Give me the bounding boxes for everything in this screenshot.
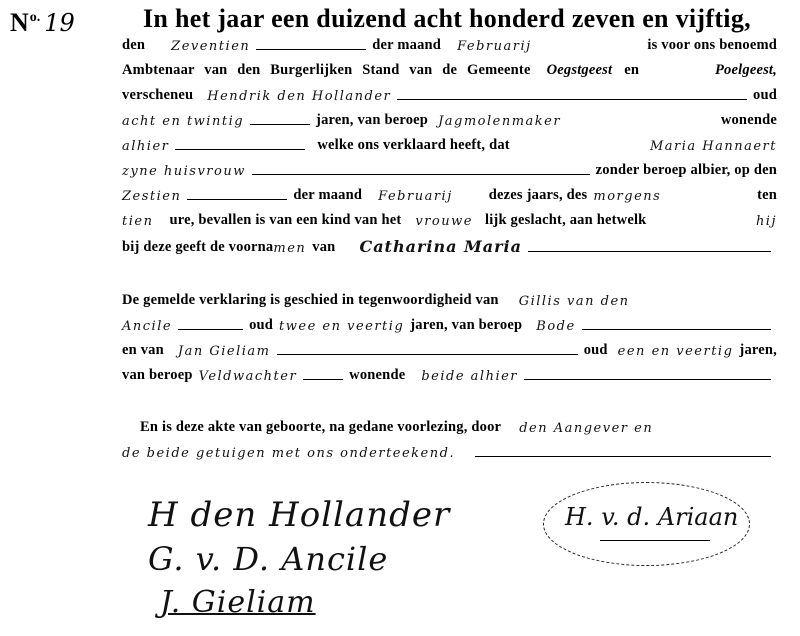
handwritten-witness1-name: Gillis van den: [519, 294, 630, 309]
blank-line: [582, 329, 771, 330]
line-mother: zyne huisvrouw zonder beroep albier, op …: [122, 155, 777, 179]
signature-declarant: H den Hollander: [148, 495, 450, 535]
handwritten-day: Zeventien: [171, 39, 250, 54]
handwritten-witness1-occupation: Bode: [536, 319, 575, 334]
printed-text: oud: [584, 342, 608, 359]
printed-text: dezes jaars, des: [489, 187, 588, 204]
handwritten-witness2-name: Jan Gieliam: [178, 344, 271, 359]
handwritten-witness2-age: een en veertig: [618, 344, 734, 359]
printed-text: lijk geslacht, aan hetwelk: [485, 212, 646, 229]
blank-line: [277, 354, 578, 355]
printed-text: den: [122, 37, 145, 54]
printed-text: wonende: [349, 367, 405, 384]
printed-text: zonder beroep albier, op den: [596, 162, 777, 179]
handwritten-witness-residence: beide alhier: [421, 369, 518, 384]
municipality-oegstgeest: Oegstgeest: [547, 62, 613, 79]
line-birth-hour-sex: tien ure, bevallen is van een kind van h…: [122, 205, 777, 229]
line-official: Ambtenaar van den Burgerlijken Stand van…: [122, 55, 777, 79]
municipality-poelgeest: Poelgeest,: [715, 62, 777, 79]
printed-text: jaren, van beroep: [410, 317, 522, 334]
handwritten-mother-relation: zyne huisvrouw: [122, 164, 246, 179]
handwritten-residence: alhier: [122, 139, 169, 154]
act-number-sup: o.: [30, 10, 41, 25]
line-child-name: bij deze geeft de voorna men van Cathari…: [122, 232, 777, 256]
line-residence: alhier welke ons verklaard heeft, dat Ma…: [122, 130, 777, 154]
handwritten-hour: tien: [122, 214, 153, 229]
printed-text: van beroep: [122, 367, 193, 384]
blank-line: [178, 329, 243, 330]
printed-text: ure, bevallen is van een kind van het: [169, 212, 401, 229]
printed-text: welke ons verklaard heeft, dat: [317, 137, 509, 154]
act-number-value: 19: [44, 9, 75, 37]
handwritten-witness1-age: twee en veertig: [279, 319, 404, 334]
handwritten-daypart: morgens: [593, 189, 661, 204]
blank-line: [250, 124, 310, 125]
handwritten-signers: den Aangever en: [519, 421, 653, 436]
handwritten-birth-month: Februarij: [378, 189, 453, 204]
handwritten-declarant-name: Hendrik den Hollander: [207, 89, 391, 104]
printed-text: jaren,: [739, 342, 777, 359]
blank-line: [303, 379, 343, 380]
signature-witness1: G. v. D. Ancile: [148, 540, 388, 578]
line-birth-date: Zestien der maand Februarij dezes jaars,…: [122, 180, 777, 204]
official-signature-underline: [600, 540, 710, 541]
signature-official: H. v. d. Ariaan: [565, 503, 738, 531]
printed-text: is voor ons benoemd: [647, 37, 777, 54]
handwritten-witness2-occupation: Veldwachter: [199, 369, 298, 384]
printed-text: De gemelde verklaring is geschied in teg…: [122, 292, 499, 309]
signature-witness2: J. Gieliam: [160, 585, 316, 620]
handwritten-witness1-surname: Ancile: [122, 319, 172, 334]
printed-text: van: [312, 239, 335, 256]
printed-text: wonende: [721, 112, 777, 129]
printed-text: ten: [757, 187, 777, 204]
printed-text: verscheneu: [122, 87, 193, 104]
printed-text: bij deze geeft de voorna: [122, 239, 273, 256]
handwritten-birth-day: Zestien: [122, 189, 181, 204]
printed-text: oud: [249, 317, 273, 334]
line-closing-cont: de beide getuigen met ons onderteekend.: [122, 437, 777, 461]
line-witness2-occupation: van beroep Veldwachter wonende beide alh…: [122, 360, 777, 384]
printed-text: En is deze akte van geboorte, na gedane …: [140, 419, 501, 436]
line-witness2: en van Jan Gieliam oud een en veertig ja…: [122, 335, 777, 359]
printed-text: Ambtenaar van den Burgerlijken Stand van…: [122, 62, 531, 79]
handwritten-mother-name: Maria Hannaert: [650, 139, 777, 154]
blank-line: [397, 99, 747, 100]
handwritten-sex: vrouwe: [415, 214, 473, 229]
line-date: den Zeventien der maand Februarij is voo…: [122, 30, 777, 54]
handwritten-signers-cont: de beide getuigen met ons onderteekend.: [122, 446, 455, 461]
handwritten-month: Februarij: [457, 39, 532, 54]
blank-line: [524, 379, 771, 380]
printed-text: der maand: [293, 187, 362, 204]
blank-line: [187, 199, 287, 200]
printed-text: en van: [122, 342, 164, 359]
handwritten-plural-suffix: men: [273, 241, 306, 256]
handwritten-age: acht en twintig: [122, 114, 244, 129]
handwritten-occupation: Jagmolenmaker: [438, 114, 561, 129]
handwritten-pronoun: hij: [756, 214, 777, 229]
line-witnesses-intro: De gemelde verklaring is geschied in teg…: [122, 285, 777, 309]
blank-line: [252, 174, 590, 175]
line-age-occupation: acht en twintig jaren, van beroep Jagmol…: [122, 105, 777, 129]
line-closing: En is deze akte van geboorte, na gedane …: [122, 412, 777, 436]
printed-text: jaren, van beroep: [316, 112, 428, 129]
blank-line: [475, 456, 771, 457]
act-number: No.19: [10, 8, 75, 38]
handwritten-child-name: Catharina Maria: [359, 237, 522, 256]
line-witness1: Ancile oud twee en veertig jaren, van be…: [122, 310, 777, 334]
blank-line: [256, 49, 366, 50]
blank-line: [528, 251, 771, 252]
printed-text: der maand: [372, 37, 441, 54]
birth-record-page: No.19 In het jaar een duizend acht honde…: [0, 0, 800, 636]
printed-text: oud: [753, 87, 777, 104]
printed-text: en: [624, 62, 639, 79]
line-declarant: verscheneu Hendrik den Hollander oud: [122, 80, 777, 104]
blank-line: [175, 149, 305, 150]
act-number-prefix: N: [10, 8, 29, 37]
